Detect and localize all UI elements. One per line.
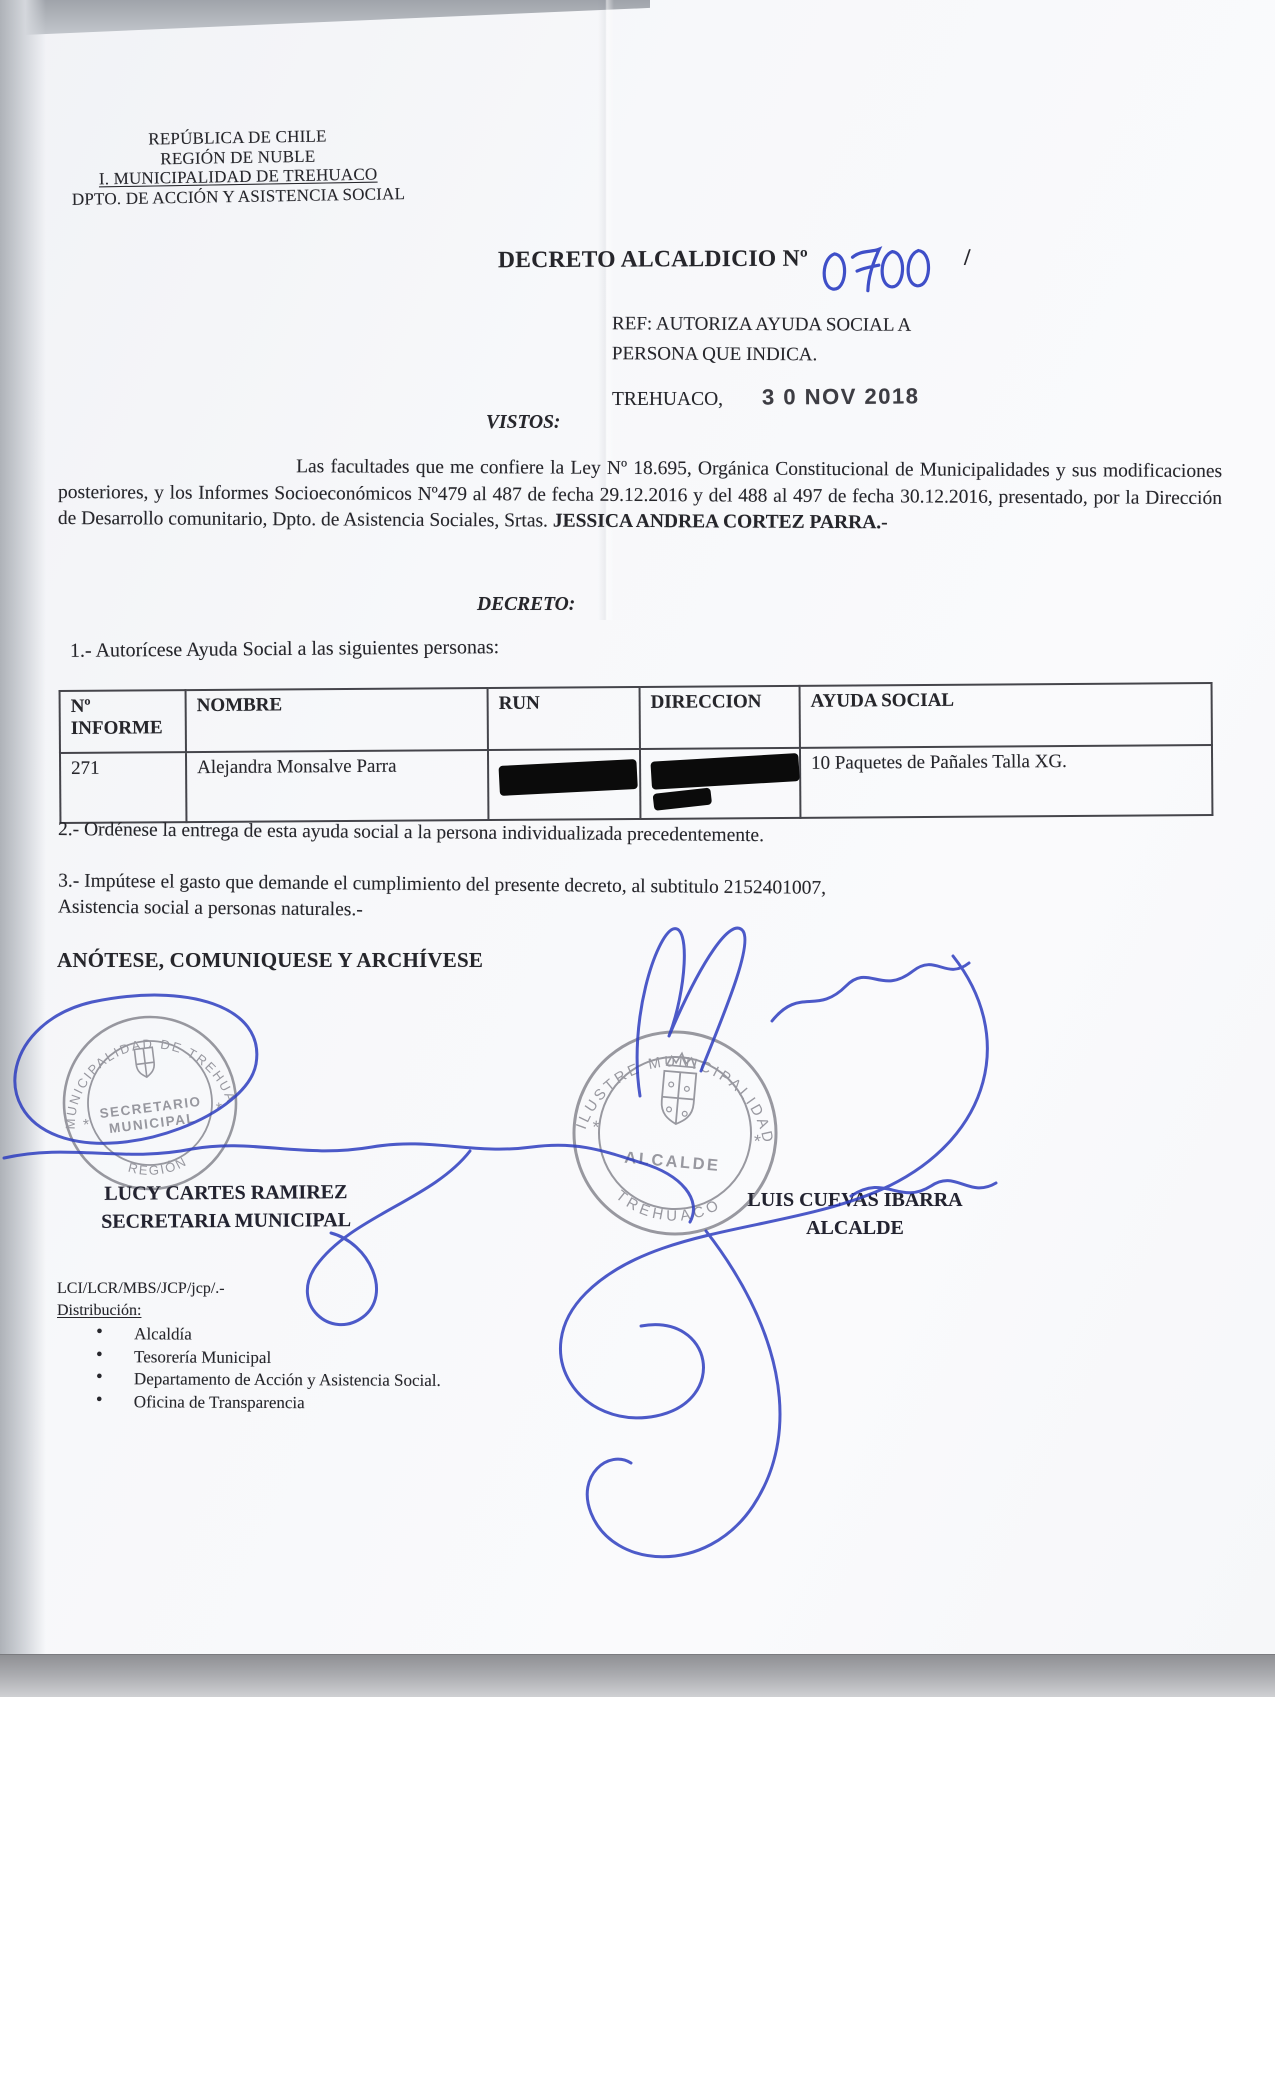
signature-stroke-right-zigzag — [772, 963, 969, 1021]
svg-text:REGIÓN: REGIÓN — [125, 1153, 191, 1182]
table-row: 271 Alejandra Monsalve Parra 10 Paquetes… — [60, 745, 1212, 823]
stamp-center-text: ALCALDE — [624, 1149, 722, 1175]
distribution-item: Departamento de Acción y Asistencia Soci… — [96, 1370, 441, 1389]
scanner-top-edge-artifact — [0, 0, 650, 36]
signature-stroke-right-tail — [587, 1231, 780, 1557]
closing-formula: ANÓTESE, COMUNIQUESE Y ARCHÍVESE — [57, 948, 483, 973]
dateline-place: TREHUACO, — [612, 389, 723, 411]
stamp-shield-mark — [682, 1111, 687, 1116]
distribution-list: Alcaldía Tesorería Municipal Departament… — [96, 1325, 441, 1417]
stamp-arc-bottom-text: REGIÓN — [125, 1153, 191, 1182]
decree-item-1: 1.- Autorícese Ayuda Social a las siguie… — [70, 636, 499, 663]
stamp-shield-mark — [666, 1107, 671, 1112]
decree-item-3-line-1: 3.- Impútese el gasto que demande el cum… — [58, 870, 826, 898]
handwritten-digit-0 — [881, 251, 903, 287]
signature-block-alcalde: LUIS CUEVAS IBARRA ALCALDE — [710, 1187, 1000, 1242]
column-header-nombre: NOMBRE — [186, 688, 488, 752]
date-stamp: 3 0 NOV 2018 — [762, 383, 920, 410]
signature-block-secretaria: LUCY CARTES RAMIREZ SECRETARIA MUNICIPAL — [86, 1179, 366, 1236]
vistos-label: VISTOS: — [486, 412, 560, 434]
stamp-shield-mark — [684, 1086, 689, 1091]
decree-title: DECRETO ALCALDICIO Nº — [498, 246, 808, 275]
distribution-item: Tesorería Municipal — [96, 1348, 441, 1367]
decree-item-2: 2.- Ordénese la entrega de esta ayuda so… — [58, 819, 1208, 851]
scanned-document-page: REPÚBLICA DE CHILE REGIÓN DE NUBLE I. MU… — [0, 0, 1275, 1654]
cell-run-redacted — [488, 749, 640, 820]
stamp-shield-mark — [669, 1082, 674, 1087]
distribution-label: Distribución: — [57, 1302, 141, 1320]
alcalde-title: ALCALDE — [710, 1215, 1000, 1243]
decree-item-3-line-2: Asistencia social a personas naturales.- — [58, 896, 363, 920]
alcalde-name: LUIS CUEVAS IBARRA — [710, 1187, 1000, 1215]
responsibility-initials: LCI/LCR/MBS/JCP/jcp/.- — [57, 1280, 225, 1298]
cell-direccion-redacted — [640, 748, 800, 819]
secretaria-title: SECRETARIA MUNICIPAL — [86, 1207, 366, 1236]
column-header-informe: Nº INFORME — [60, 690, 186, 753]
distribution-item: Alcaldía — [96, 1325, 441, 1344]
decree-title-slash: / — [964, 245, 971, 272]
reference-block: REF: AUTORIZA AYUDA SOCIAL A PERSONA QUE… — [612, 309, 911, 371]
column-header-ayuda: AYUDA SOCIAL — [800, 683, 1212, 748]
reference-line-1: REF: AUTORIZA AYUDA SOCIAL A — [612, 309, 911, 341]
municipal-stamp-secretario: I. MUNICIPALIDAD DE TREHUACO SECRETARIO … — [44, 997, 256, 1209]
cell-informe: 271 — [60, 752, 186, 823]
stamp-star-right: * — [753, 1131, 762, 1152]
reference-line-2: PERSONA QUE INDICA. — [612, 339, 911, 371]
vistos-paragraph-name-bold: JESSICA ANDREA CORTEZ PARRA.- — [553, 511, 888, 534]
redaction-bar — [653, 787, 713, 810]
scanner-bottom-edge-band — [0, 1654, 1275, 1697]
letterhead: REPÚBLICA DE CHILE REGIÓN DE NUBLE I. MU… — [41, 125, 434, 210]
vistos-paragraph: Las facultades que me confiere la Ley Nº… — [58, 453, 1222, 539]
scanner-left-edge-artifact — [0, 0, 46, 1654]
handwritten-digit-0 — [907, 250, 929, 286]
decree-item-3: 3.- Impútese el gasto que demande el cum… — [58, 868, 1208, 931]
column-header-run: RUN — [488, 687, 640, 750]
blank-area — [0, 1697, 1275, 2100]
decreto-label: DECRETO: — [477, 594, 575, 616]
cell-nombre: Alejandra Monsalve Parra — [186, 750, 488, 822]
redaction-bar — [498, 759, 637, 796]
cell-ayuda: 10 Paquetes de Pañales Talla XG. — [800, 745, 1212, 818]
signature-stroke-left-loop — [307, 1151, 470, 1325]
decree-title-row: DECRETO ALCALDICIO Nº / — [498, 245, 971, 299]
distribution-item: Oficina de Transparencia — [96, 1393, 441, 1412]
table-header-row: Nº INFORME NOMBRE RUN DIRECCION AYUDA SO… — [60, 683, 1212, 753]
redaction-bar — [650, 753, 799, 790]
stamp-star-right: * — [215, 1100, 223, 1118]
aid-recipients-table: Nº INFORME NOMBRE RUN DIRECCION AYUDA SO… — [59, 682, 1214, 824]
handwritten-digit-0 — [823, 254, 845, 290]
stamp-shield-icon — [660, 1071, 696, 1126]
secretaria-name: LUCY CARTES RAMIREZ — [86, 1179, 366, 1208]
column-header-direccion: DIRECCION — [640, 686, 800, 749]
handwritten-decree-number — [817, 237, 937, 300]
handwritten-digit-7 — [852, 249, 881, 291]
